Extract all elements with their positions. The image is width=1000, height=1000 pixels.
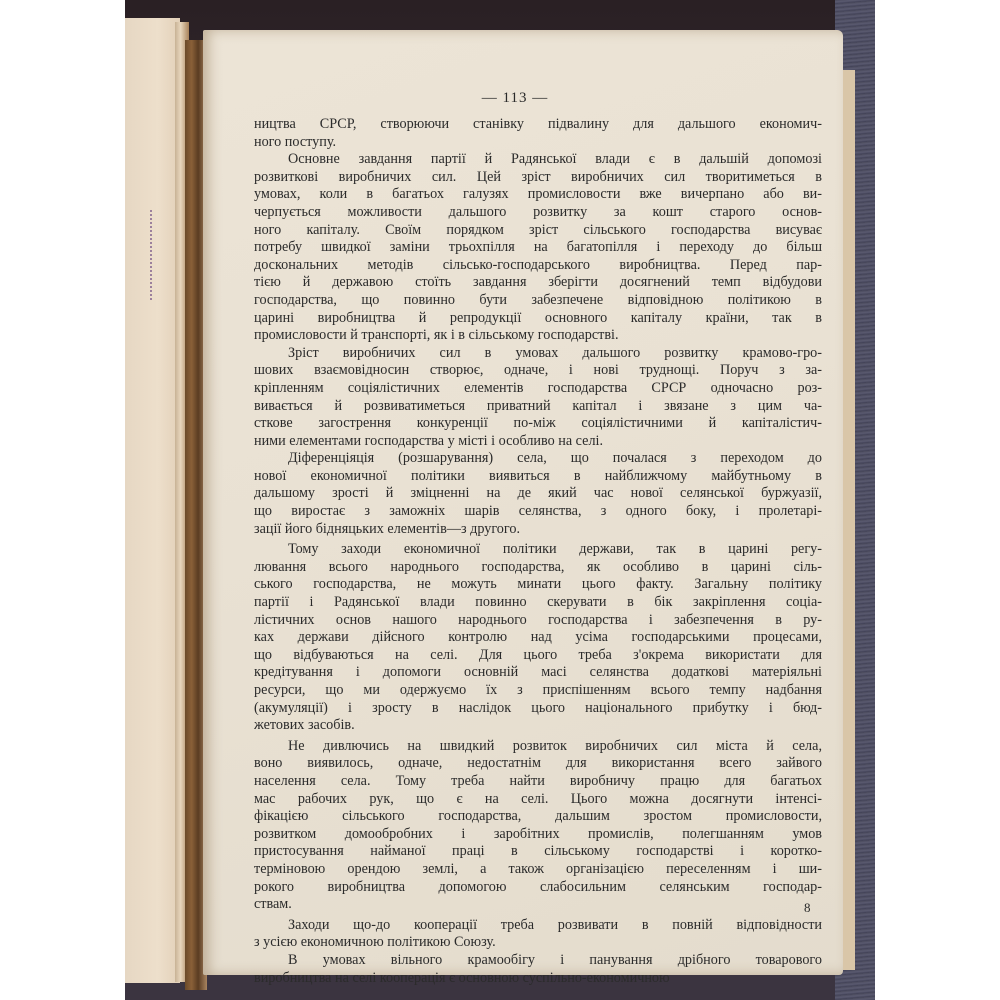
text-line: виробництва на селі кооперація є основно… <box>254 970 822 988</box>
text-line: партії і Радянської влади повинно скерув… <box>254 594 822 612</box>
text-line: лювання всього народнього господарства, … <box>254 559 822 577</box>
text-line: ського господарства, не можуть минати ць… <box>254 576 822 594</box>
text-line: кредітування і допомоги основній масі се… <box>254 664 822 682</box>
text-line: ного капіталу. Своїм порядком зріст сіль… <box>254 222 822 240</box>
text-line: ках держави дійсного контролю над усіма … <box>254 629 822 647</box>
text-line: терміновою орендою землі, а також органі… <box>254 861 822 879</box>
text-line: рокого виробництва допомогою слабосильни… <box>254 879 822 897</box>
text-line: жетових засобів. <box>254 717 822 735</box>
text-line: ництва СРСР, створюючи станівку підвалин… <box>254 116 822 134</box>
text-line: господарства, що повинно бути забезпечен… <box>254 292 822 310</box>
text-line: Зріст виробничих сил в умовах дальшого р… <box>254 345 822 363</box>
text-line: (акумуляції) і зросту в наслідок цього н… <box>254 700 822 718</box>
text-line: що виростає з заможніх шарів селянства, … <box>254 503 822 521</box>
text-line: дальшому зрості й зміцненні на де який ч… <box>254 485 822 503</box>
paragraph: Тому заходи економичної політики держави… <box>254 541 822 735</box>
text-line: розвитком домообробних і заробітних пром… <box>254 826 822 844</box>
text-line: мас рабочих рук, що є на селі. Цього мож… <box>254 791 822 809</box>
text-line: Тому заходи економичної політики держави… <box>254 541 822 559</box>
paragraph: Діференціяція (розшарування) села, що по… <box>254 450 822 538</box>
text-line: воно виявилось, одначе, недостатнім для … <box>254 755 822 773</box>
paragraph: В умовах вільного крамообігу і панування… <box>254 952 822 987</box>
text-line: пристосування найманої праці в сільськом… <box>254 843 822 861</box>
text-line: з усією економичною політикою Союзу. <box>254 934 822 952</box>
text-line: доскональних методів сільсько-господарсь… <box>254 257 822 275</box>
text-line: що відбуваються на селі. Для цього треба… <box>254 647 822 665</box>
text-line: зації його бідняцьких елементів—з другог… <box>254 521 822 539</box>
text-line: Не дивлючись на швидкий розвиток виробни… <box>254 738 822 756</box>
text-line: В умовах вільного крамообігу і панування… <box>254 952 822 970</box>
text-line: нової економичної політики виявиться в н… <box>254 468 822 486</box>
text-line: населення села. Тому треба найти виробни… <box>254 773 822 791</box>
paragraph: Заходи що-до кооперації треба розвивати … <box>254 917 822 952</box>
text-line: вивається й розвиватиметься приватний ка… <box>254 398 822 416</box>
text-line: Основне завдання партії й Радянської вла… <box>254 151 822 169</box>
text-line: черпується можливости дальшого розвитку … <box>254 204 822 222</box>
paragraph: ництва СРСР, створюючи станівку підвалин… <box>254 116 822 151</box>
signature-mark: 8 <box>804 900 811 916</box>
text-line: ного поступу. <box>254 134 822 152</box>
page-number: — 113 — <box>455 90 575 107</box>
text-line: царині виробництва й репродукції основно… <box>254 310 822 328</box>
text-line: ресурси, що ми одержуємо їх з приспішенн… <box>254 682 822 700</box>
text-line: промисловости й транспорті, як і в сільс… <box>254 327 822 345</box>
paragraph: Не дивлючись на швидкий розвиток виробни… <box>254 738 822 914</box>
left-page <box>125 18 180 983</box>
text-line: фікацією сільського господарства, дальши… <box>254 808 822 826</box>
text-line: кріпленням соціялістичних елементів госп… <box>254 380 822 398</box>
text-line: умовах, коли в багатьох галузях промисло… <box>254 186 822 204</box>
text-line: лістичних основ нашого народнього господ… <box>254 612 822 630</box>
text-line: ствам. <box>254 896 822 914</box>
text-line: Заходи що-до кооперації треба розвивати … <box>254 917 822 935</box>
text-line: потребу швидкої заміни трьохпілля на баг… <box>254 239 822 257</box>
text-line: розвиткові виробничих сил. Цей зріст вир… <box>254 169 822 187</box>
text-line: тією й державою стоїть завдання зберігти… <box>254 274 822 292</box>
text-line: сткове загострення конкуренції по-між со… <box>254 415 822 433</box>
paragraph: Зріст виробничих сил в умовах дальшого р… <box>254 345 822 451</box>
paragraph: Основне завдання партії й Радянської вла… <box>254 151 822 345</box>
text-line: Діференціяція (розшарування) села, що по… <box>254 450 822 468</box>
page-body-text: ництва СРСР, створюючи станівку підвалин… <box>254 116 822 987</box>
text-line: ними елементами господарства у місті і о… <box>254 433 822 451</box>
text-line: шових взаємовідносин створює, одначе, і … <box>254 362 822 380</box>
